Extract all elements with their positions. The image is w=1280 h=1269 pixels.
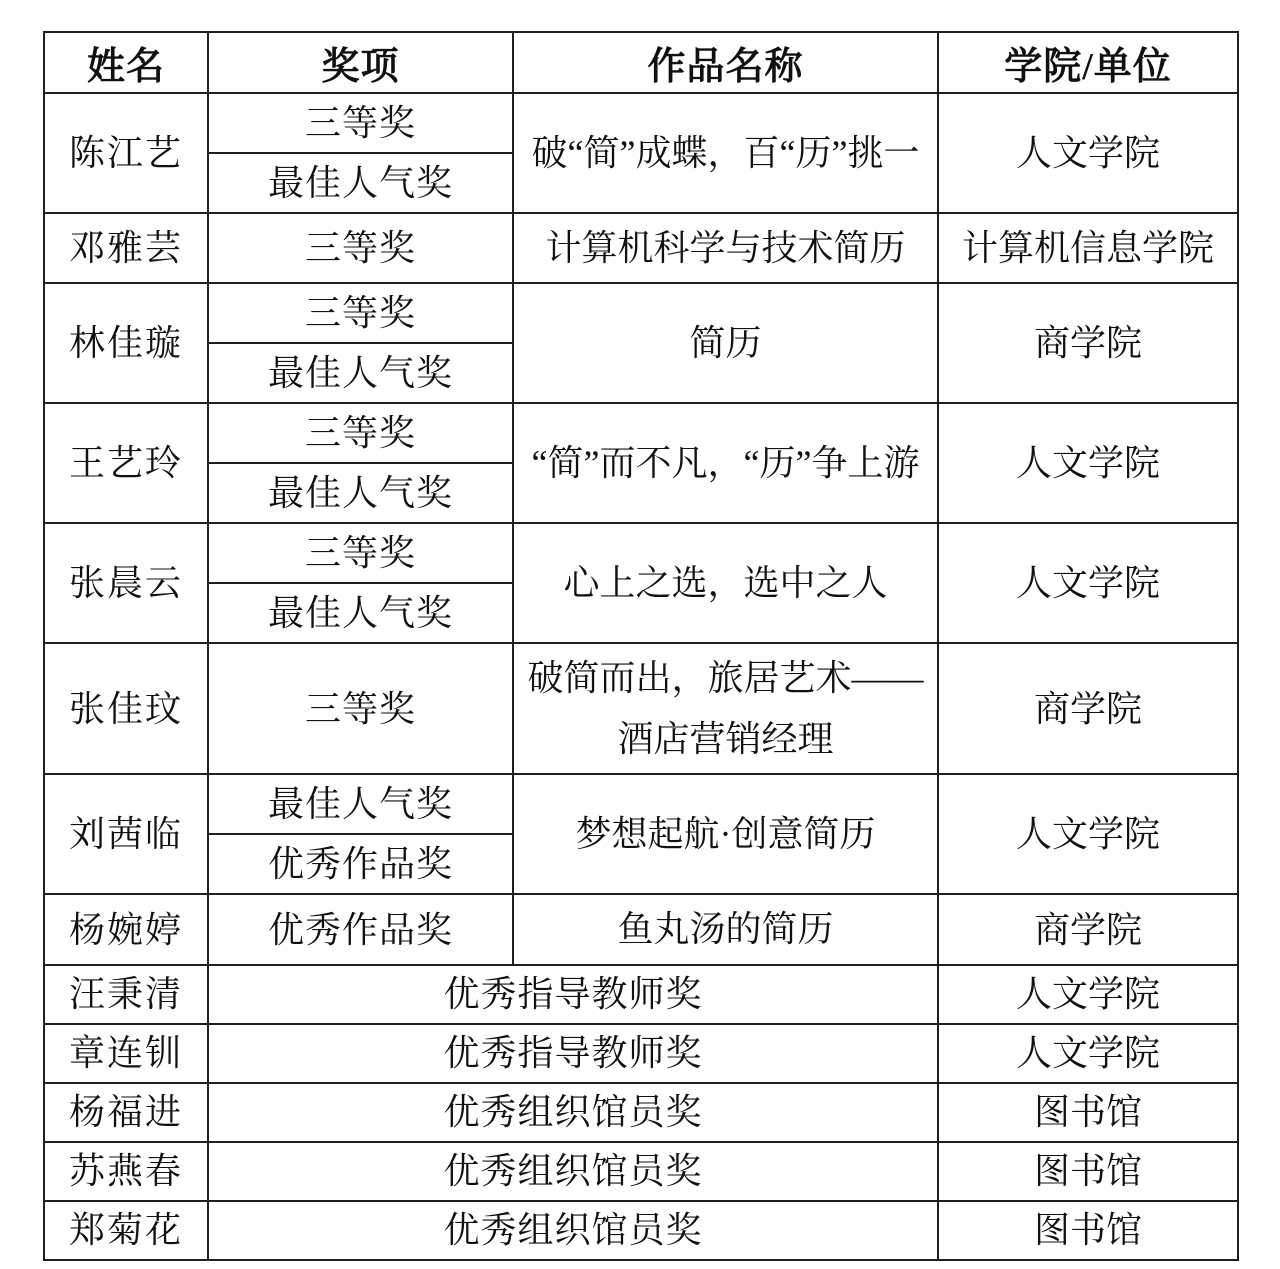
header-row: 姓名奖项作品名称学院/单位 [44,32,1238,93]
table-row: 刘茜临最佳人气奖梦想起航·创意简历人文学院 [44,774,1238,834]
table-cell-unit: 商学院 [938,894,1238,964]
table-row: 林佳璇三等奖简历商学院 [44,283,1238,343]
table-cell-unit: 人文学院 [938,523,1238,643]
table-cell-unit: 图书馆 [938,1201,1238,1260]
table-cell-name: 林佳璇 [44,283,208,403]
table-row: 王艺玲三等奖“简”而不凡，“历”争上游人文学院 [44,403,1238,463]
table-cell-award-span: 优秀指导教师奖 [208,965,938,1024]
column-header-2: 作品名称 [513,32,938,93]
table-row: 邓雅芸三等奖计算机科学与技术简历计算机信息学院 [44,213,1238,283]
table-row: 陈江艺三等奖破“简”成蝶，百“历”挑一人文学院 [44,93,1238,153]
table-cell-award: 最佳人气奖 [208,774,513,834]
table-cell-award: 三等奖 [208,523,513,583]
table-cell-unit: 人文学院 [938,774,1238,894]
table-cell-name: 王艺玲 [44,403,208,523]
table-cell-work: 破简而出，旅居艺术——酒店营销经理 [513,643,938,774]
table-header: 姓名奖项作品名称学院/单位 [44,32,1238,93]
table-cell-name: 杨福进 [44,1083,208,1142]
table-cell-name: 陈江艺 [44,93,208,213]
table-row: 汪秉清优秀指导教师奖人文学院 [44,965,1238,1024]
table-cell-award: 优秀作品奖 [208,834,513,894]
table-cell-award: 优秀作品奖 [208,894,513,964]
column-header-0: 姓名 [44,32,208,93]
table-cell-award-span: 优秀组织馆员奖 [208,1201,938,1260]
table-cell-unit: 人文学院 [938,1024,1238,1083]
table-cell-name: 郑菊花 [44,1201,208,1260]
table-cell-unit: 图书馆 [938,1142,1238,1201]
table-cell-name: 汪秉清 [44,965,208,1024]
table-cell-name: 刘茜临 [44,774,208,894]
table-cell-name: 张佳玟 [44,643,208,774]
table-cell-work: 梦想起航·创意简历 [513,774,938,894]
table-body: 陈江艺三等奖破“简”成蝶，百“历”挑一人文学院最佳人气奖邓雅芸三等奖计算机科学与… [44,93,1238,1260]
awards-table: 姓名奖项作品名称学院/单位 陈江艺三等奖破“简”成蝶，百“历”挑一人文学院最佳人… [43,31,1239,1261]
table-cell-award: 最佳人气奖 [208,343,513,403]
document-page: 姓名奖项作品名称学院/单位 陈江艺三等奖破“简”成蝶，百“历”挑一人文学院最佳人… [0,0,1280,1269]
table-cell-award: 最佳人气奖 [208,583,513,643]
table-cell-work: 心上之选，选中之人 [513,523,938,643]
table-cell-award: 三等奖 [208,93,513,153]
table-cell-award: 最佳人气奖 [208,463,513,523]
table-cell-work: 鱼丸汤的简历 [513,894,938,964]
table-cell-name: 张晨云 [44,523,208,643]
table-cell-unit: 图书馆 [938,1083,1238,1142]
table-cell-name: 章连钏 [44,1024,208,1083]
table-cell-award-span: 优秀组织馆员奖 [208,1083,938,1142]
table-cell-unit: 商学院 [938,643,1238,774]
table-cell-name: 杨婉婷 [44,894,208,964]
table-row: 章连钏优秀指导教师奖人文学院 [44,1024,1238,1083]
table-cell-award: 三等奖 [208,213,513,283]
table-row: 郑菊花优秀组织馆员奖图书馆 [44,1201,1238,1260]
column-header-1: 奖项 [208,32,513,93]
table-cell-award: 三等奖 [208,643,513,774]
table-cell-unit: 人文学院 [938,93,1238,213]
table-cell-award: 三等奖 [208,403,513,463]
table-cell-work: “简”而不凡，“历”争上游 [513,403,938,523]
table-row: 张晨云三等奖心上之选，选中之人人文学院 [44,523,1238,583]
table-cell-unit: 人文学院 [938,965,1238,1024]
table-cell-work: 计算机科学与技术简历 [513,213,938,283]
table-cell-award-span: 优秀指导教师奖 [208,1024,938,1083]
table-cell-name: 苏燕春 [44,1142,208,1201]
table-row: 张佳玟三等奖破简而出，旅居艺术——酒店营销经理商学院 [44,643,1238,774]
table-row: 杨福进优秀组织馆员奖图书馆 [44,1083,1238,1142]
table-cell-name: 邓雅芸 [44,213,208,283]
table-cell-award-span: 优秀组织馆员奖 [208,1142,938,1201]
table-row: 苏燕春优秀组织馆员奖图书馆 [44,1142,1238,1201]
table-cell-work: 破“简”成蝶，百“历”挑一 [513,93,938,213]
table-cell-award: 三等奖 [208,283,513,343]
table-row: 杨婉婷优秀作品奖鱼丸汤的简历商学院 [44,894,1238,964]
table-cell-unit: 计算机信息学院 [938,213,1238,283]
column-header-3: 学院/单位 [938,32,1238,93]
table-cell-unit: 商学院 [938,283,1238,403]
table-cell-award: 最佳人气奖 [208,153,513,213]
table-cell-work: 简历 [513,283,938,403]
table-cell-unit: 人文学院 [938,403,1238,523]
